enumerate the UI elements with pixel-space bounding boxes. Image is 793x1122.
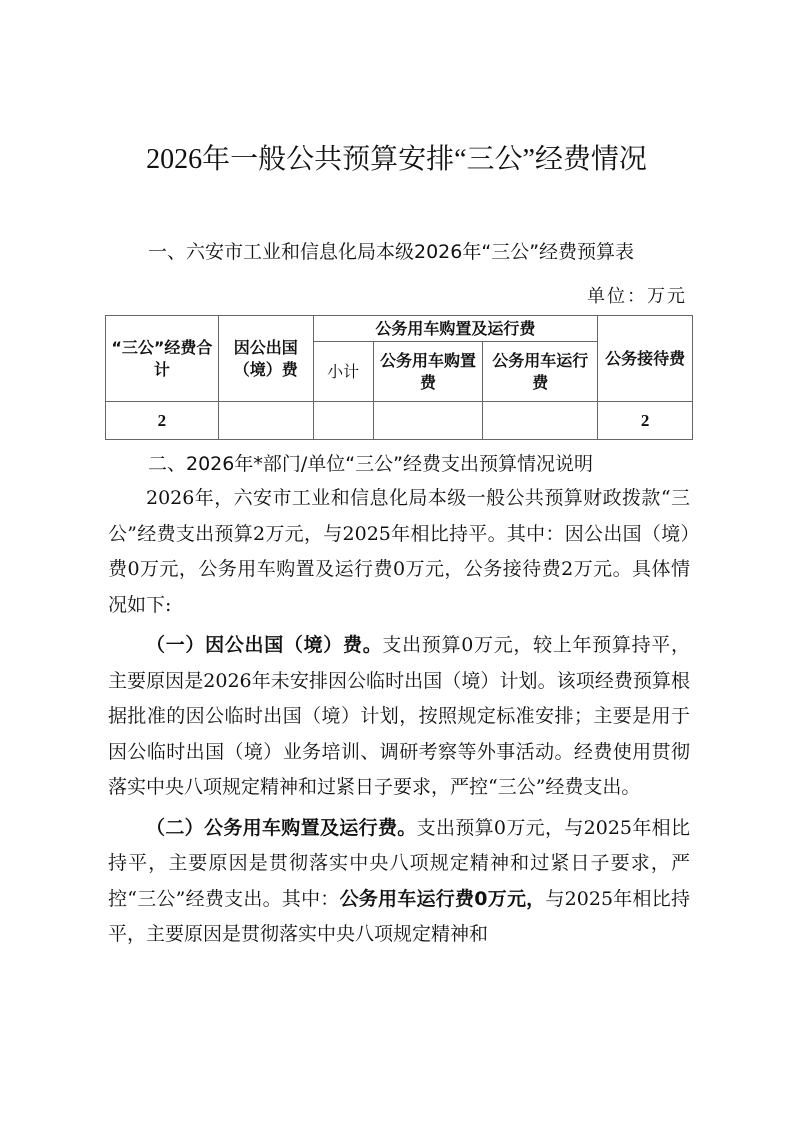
cell-abroad: [218, 402, 313, 440]
intro-paragraph: 2026年，六安市工业和信息化局本级一般公共预算财政拨款“三公”经费支出预算2万…: [108, 481, 690, 623]
header-vehicle-operation: 公务用车运行费: [483, 342, 598, 402]
section-2-heading: 二、2026年*部门/单位“三公”经费支出预算情况说明: [148, 450, 593, 478]
cell-vehicle-operation: [483, 402, 598, 440]
item-1-paragraph: （一）因公出国（境）费。支出预算0万元，较上年预算持平，主要原因是2026年未安…: [108, 628, 690, 806]
section-1-heading: 一、六安市工业和信息化局本级2026年“三公”经费预算表: [148, 238, 634, 266]
section-2-body: 2026年，六安市工业和信息化局本级一般公共预算财政拨款“三公”经费支出预算2万…: [108, 481, 690, 953]
cell-vehicle-subtotal: [313, 402, 373, 440]
table-header-row-1: “三公”经费合计 因公出国（境）费 公务用车购置及运行费 公务接待费: [106, 316, 693, 342]
header-total: “三公”经费合计: [106, 316, 219, 402]
header-abroad: 因公出国（境）费: [218, 316, 313, 402]
item-1-lead: （一）因公出国（境）费。: [146, 634, 382, 656]
item-2-bold-mid: 公务用车运行费0万元，: [340, 888, 546, 910]
header-vehicle-purchase: 公务用车购置费: [373, 342, 483, 402]
item-2-paragraph: （二）公务用车购置及运行费。支出预算0万元，与2025年相比持平，主要原因是贯彻…: [108, 811, 690, 953]
cell-total: 2: [106, 402, 219, 440]
page-title: 2026年一般公共预算安排“三公”经费情况: [0, 140, 793, 180]
item-2-lead: （二）公务用车购置及运行费。: [146, 817, 417, 839]
item-1-text: 支出预算0万元，较上年预算持平，主要原因是2026年未安排因公临时出国（境）计划…: [108, 634, 690, 798]
cell-vehicle-purchase: [373, 402, 483, 440]
header-vehicle-group: 公务用车购置及运行费: [313, 316, 597, 342]
three-public-expenses-table: “三公”经费合计 因公出国（境）费 公务用车购置及运行费 公务接待费 小计 公务…: [105, 315, 693, 440]
header-vehicle-subtotal: 小计: [313, 342, 373, 402]
document-page: 2026年一般公共预算安排“三公”经费情况 一、六安市工业和信息化局本级2026…: [0, 0, 793, 1122]
table-row: 2 2: [106, 402, 693, 440]
cell-reception: 2: [598, 402, 693, 440]
header-reception: 公务接待费: [598, 316, 693, 402]
unit-label: 单位：万元: [587, 284, 687, 310]
